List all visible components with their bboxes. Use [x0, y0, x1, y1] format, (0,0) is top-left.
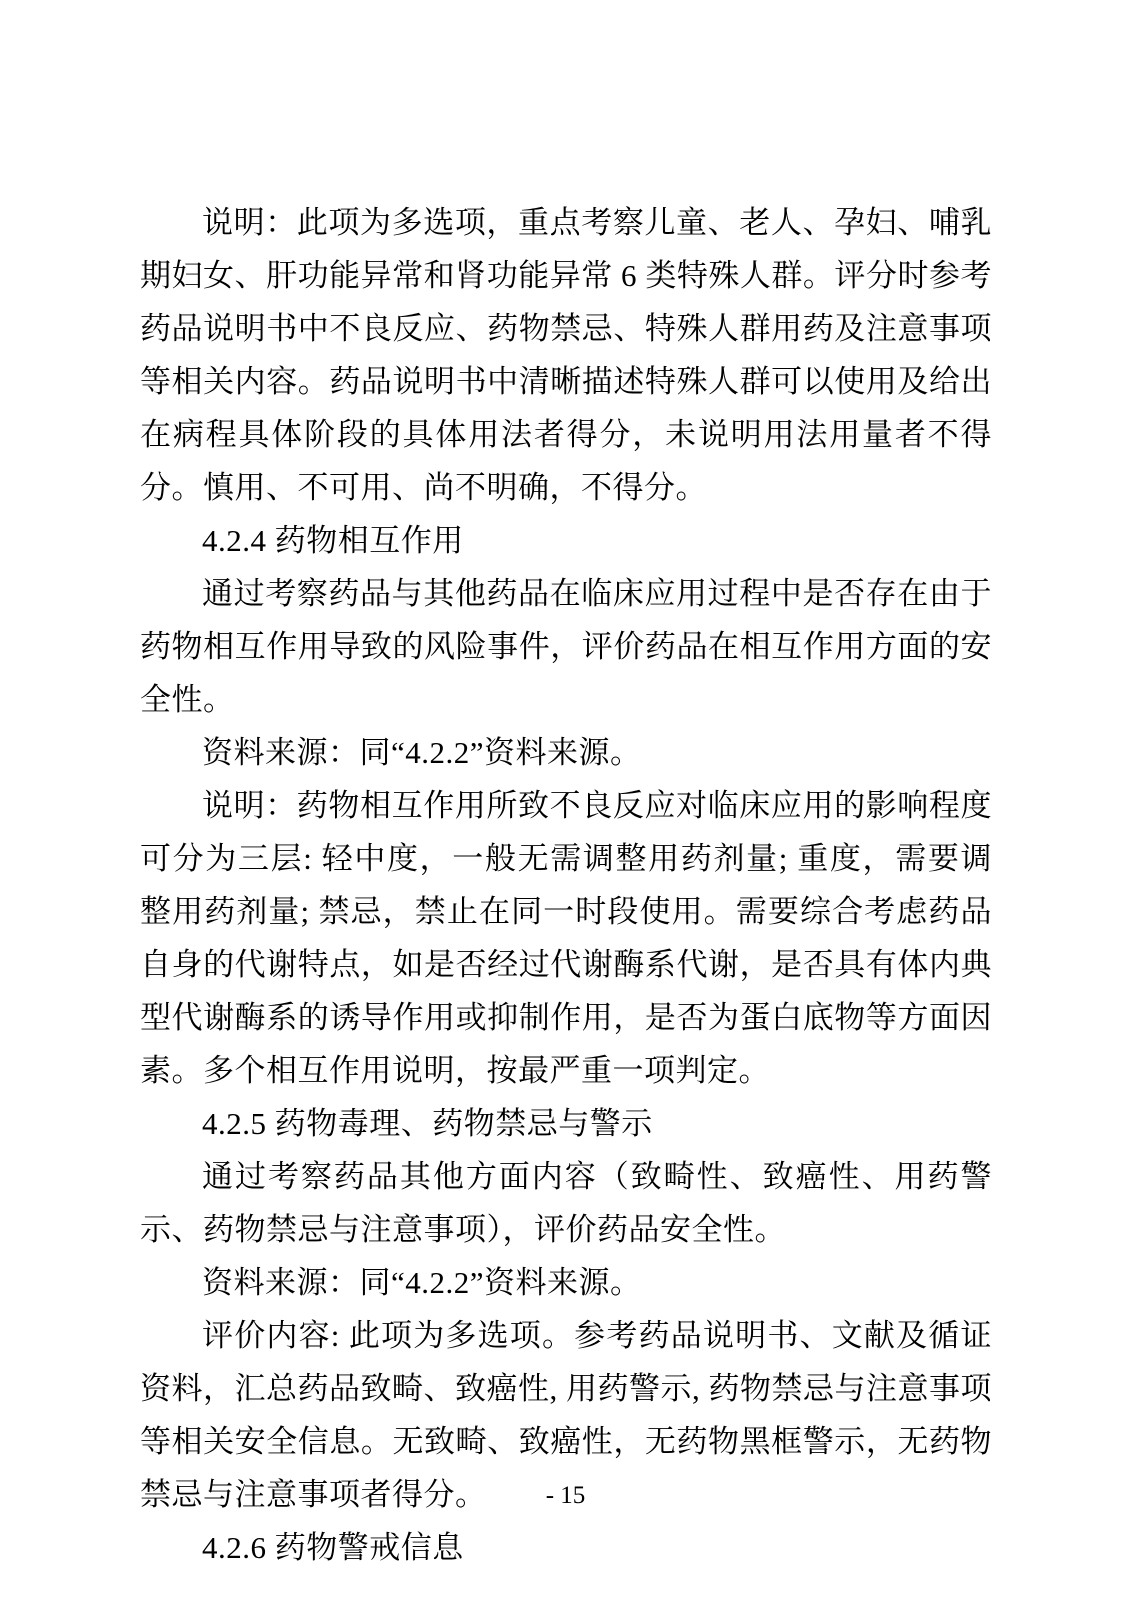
page-body: 说明：此项为多选项，重点考察儿童、老人、孕妇、哺乳期妇女、肝功能异常和肾功能异常… [140, 196, 992, 1574]
paragraph-interaction-intro: 通过考察药品与其他药品在临床应用过程中是否存在由于药物相互作用导致的风险事件，评… [140, 567, 992, 726]
paragraph-toxicity-source: 资料来源：同“4.2.2”资料来源。 [140, 1256, 992, 1309]
paragraph-interaction-source: 资料来源：同“4.2.2”资料来源。 [140, 726, 992, 779]
paragraph-toxicity-intro: 通过考察药品其他方面内容（致畸性、致癌性、用药警示、药物禁忌与注意事项），评价药… [140, 1150, 992, 1256]
page-number: - 15 [0, 1480, 1131, 1512]
document-page: 说明：此项为多选项，重点考察儿童、老人、孕妇、哺乳期妇女、肝功能异常和肾功能异常… [0, 0, 1131, 1600]
paragraph-special-populations-note: 说明：此项为多选项，重点考察儿童、老人、孕妇、哺乳期妇女、肝功能异常和肾功能异常… [140, 196, 992, 514]
section-heading-4-2-5: 4.2.5 药物毒理、药物禁忌与警示 [140, 1097, 992, 1150]
section-heading-4-2-4: 4.2.4 药物相互作用 [140, 514, 992, 567]
section-heading-4-2-6: 4.2.6 药物警戒信息 [140, 1521, 992, 1574]
paragraph-interaction-note: 说明：药物相互作用所致不良反应对临床应用的影响程度可分为三层: 轻中度，一般无需… [140, 779, 992, 1097]
